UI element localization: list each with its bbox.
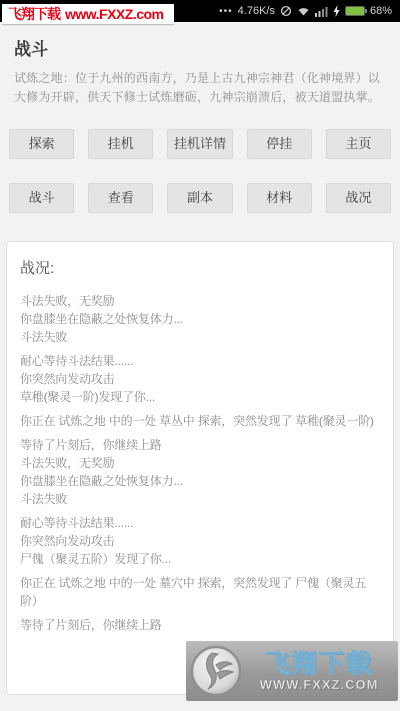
log-line: 等待了片刻后，你继续上路 bbox=[20, 616, 380, 634]
ad-site-url: www.FXXZ.com bbox=[65, 6, 164, 22]
log-line: 等待了片刻后，你继续上路 bbox=[20, 436, 380, 454]
log-line: 耐心等待斗法结果...... bbox=[20, 514, 380, 532]
log-line: 你盘膝坐在隐蔽之处恢复体力... bbox=[20, 310, 380, 328]
dnd-icon bbox=[280, 5, 292, 17]
log-line: 你盘膝坐在隐蔽之处恢复体力... bbox=[20, 472, 380, 490]
battle-log-heading: 战况: bbox=[20, 257, 380, 278]
idle-button[interactable]: 挂机 bbox=[88, 129, 153, 159]
log-line: 你正在 试炼之地 中的一处 草丛中 探索，突然发现了 草稚(聚灵一阶) bbox=[20, 412, 380, 430]
log-group: 耐心等待斗法结果...... 你突然向发动攻击 尸傀（聚灵五阶）发现了你... bbox=[20, 514, 380, 568]
watermark-site-name: 飞翔下载 bbox=[265, 651, 373, 677]
log-group: 斗法失败，无奖励 你盘膝坐在隐蔽之处恢复体力... 斗法失败 bbox=[20, 292, 380, 346]
idle-details-button[interactable]: 挂机详情 bbox=[167, 129, 232, 159]
materials-button[interactable]: 材料 bbox=[247, 183, 312, 213]
signal-icon bbox=[315, 6, 328, 17]
home-button[interactable]: 主页 bbox=[326, 129, 391, 159]
toolbar-row-2: 战斗 查看 副本 材料 战况 bbox=[0, 183, 400, 213]
log-line: 你突然向发动攻击 bbox=[20, 532, 380, 550]
log-line: 耐心等待斗法结果...... bbox=[20, 352, 380, 370]
download-ad-banner[interactable]: 飞翔下载 www.FXXZ.com bbox=[2, 4, 174, 24]
log-group: 等待了片刻后，你继续上路 斗法失败，无奖励 你盘膝坐在隐蔽之处恢复体力... 斗… bbox=[20, 436, 380, 508]
watermark-site-url: WWW.FXXZ.COM bbox=[260, 677, 379, 692]
zone-description: 试炼之地：位于九州的西南方，乃是上古九神宗神君（化神境界）以大修为开辟，供天下修… bbox=[14, 69, 386, 107]
ad-site-name: 飞翔下载 bbox=[8, 4, 60, 24]
log-line: 斗法失败，无奖励 bbox=[20, 454, 380, 472]
battery-icon bbox=[345, 6, 365, 16]
log-line: 斗法失败 bbox=[20, 490, 380, 508]
log-line: 你正在 试炼之地 中的一处 墓穴中 探索，突然发现了 尸傀（聚灵五阶） bbox=[20, 574, 380, 610]
charging-icon bbox=[333, 5, 340, 17]
explore-button[interactable]: 探索 bbox=[9, 129, 74, 159]
status-menu-dots: ••• bbox=[219, 6, 233, 17]
battle-button[interactable]: 战斗 bbox=[9, 183, 74, 213]
battle-log-panel: 战况: 斗法失败，无奖励 你盘膝坐在隐蔽之处恢复体力... 斗法失败 耐心等待斗… bbox=[6, 241, 394, 695]
toolbar-row-1: 探索 挂机 挂机详情 停挂 主页 bbox=[0, 129, 400, 159]
battery-percent-text: 68% bbox=[370, 5, 392, 17]
network-speed-text: 4.76K/s bbox=[238, 5, 275, 17]
log-line: 斗法失败，无奖励 bbox=[20, 292, 380, 310]
wifi-icon bbox=[297, 6, 310, 17]
watermark-texts: 飞翔下载 WWW.FXXZ.COM bbox=[246, 651, 392, 692]
view-button[interactable]: 查看 bbox=[88, 183, 153, 213]
log-line: 你突然向发动攻击 bbox=[20, 370, 380, 388]
page-title: 战斗 bbox=[14, 35, 400, 60]
log-group: 你正在 试炼之地 中的一处 草丛中 探索，突然发现了 草稚(聚灵一阶) bbox=[20, 412, 380, 430]
fxxz-logo-icon bbox=[190, 645, 242, 697]
log-group: 耐心等待斗法结果...... 你突然向发动攻击 草稚(聚灵一阶)发现了你... bbox=[20, 352, 380, 406]
log-line: 草稚(聚灵一阶)发现了你... bbox=[20, 388, 380, 406]
stop-idle-button[interactable]: 停挂 bbox=[247, 129, 312, 159]
log-line: 尸傀（聚灵五阶）发现了你... bbox=[20, 550, 380, 568]
log-line: 斗法失败 bbox=[20, 328, 380, 346]
log-group: 你正在 试炼之地 中的一处 墓穴中 探索，突然发现了 尸傀（聚灵五阶） bbox=[20, 574, 380, 610]
phone-screen: ••• 4.76K/s 68% 飞翔下载 www.FXXZ.com 战斗 试炼之… bbox=[0, 0, 400, 711]
site-watermark: 飞翔下载 WWW.FXXZ.COM bbox=[186, 641, 398, 701]
battle-status-button[interactable]: 战况 bbox=[326, 183, 391, 213]
dungeon-button[interactable]: 副本 bbox=[167, 183, 232, 213]
log-group: 等待了片刻后，你继续上路 bbox=[20, 616, 380, 634]
